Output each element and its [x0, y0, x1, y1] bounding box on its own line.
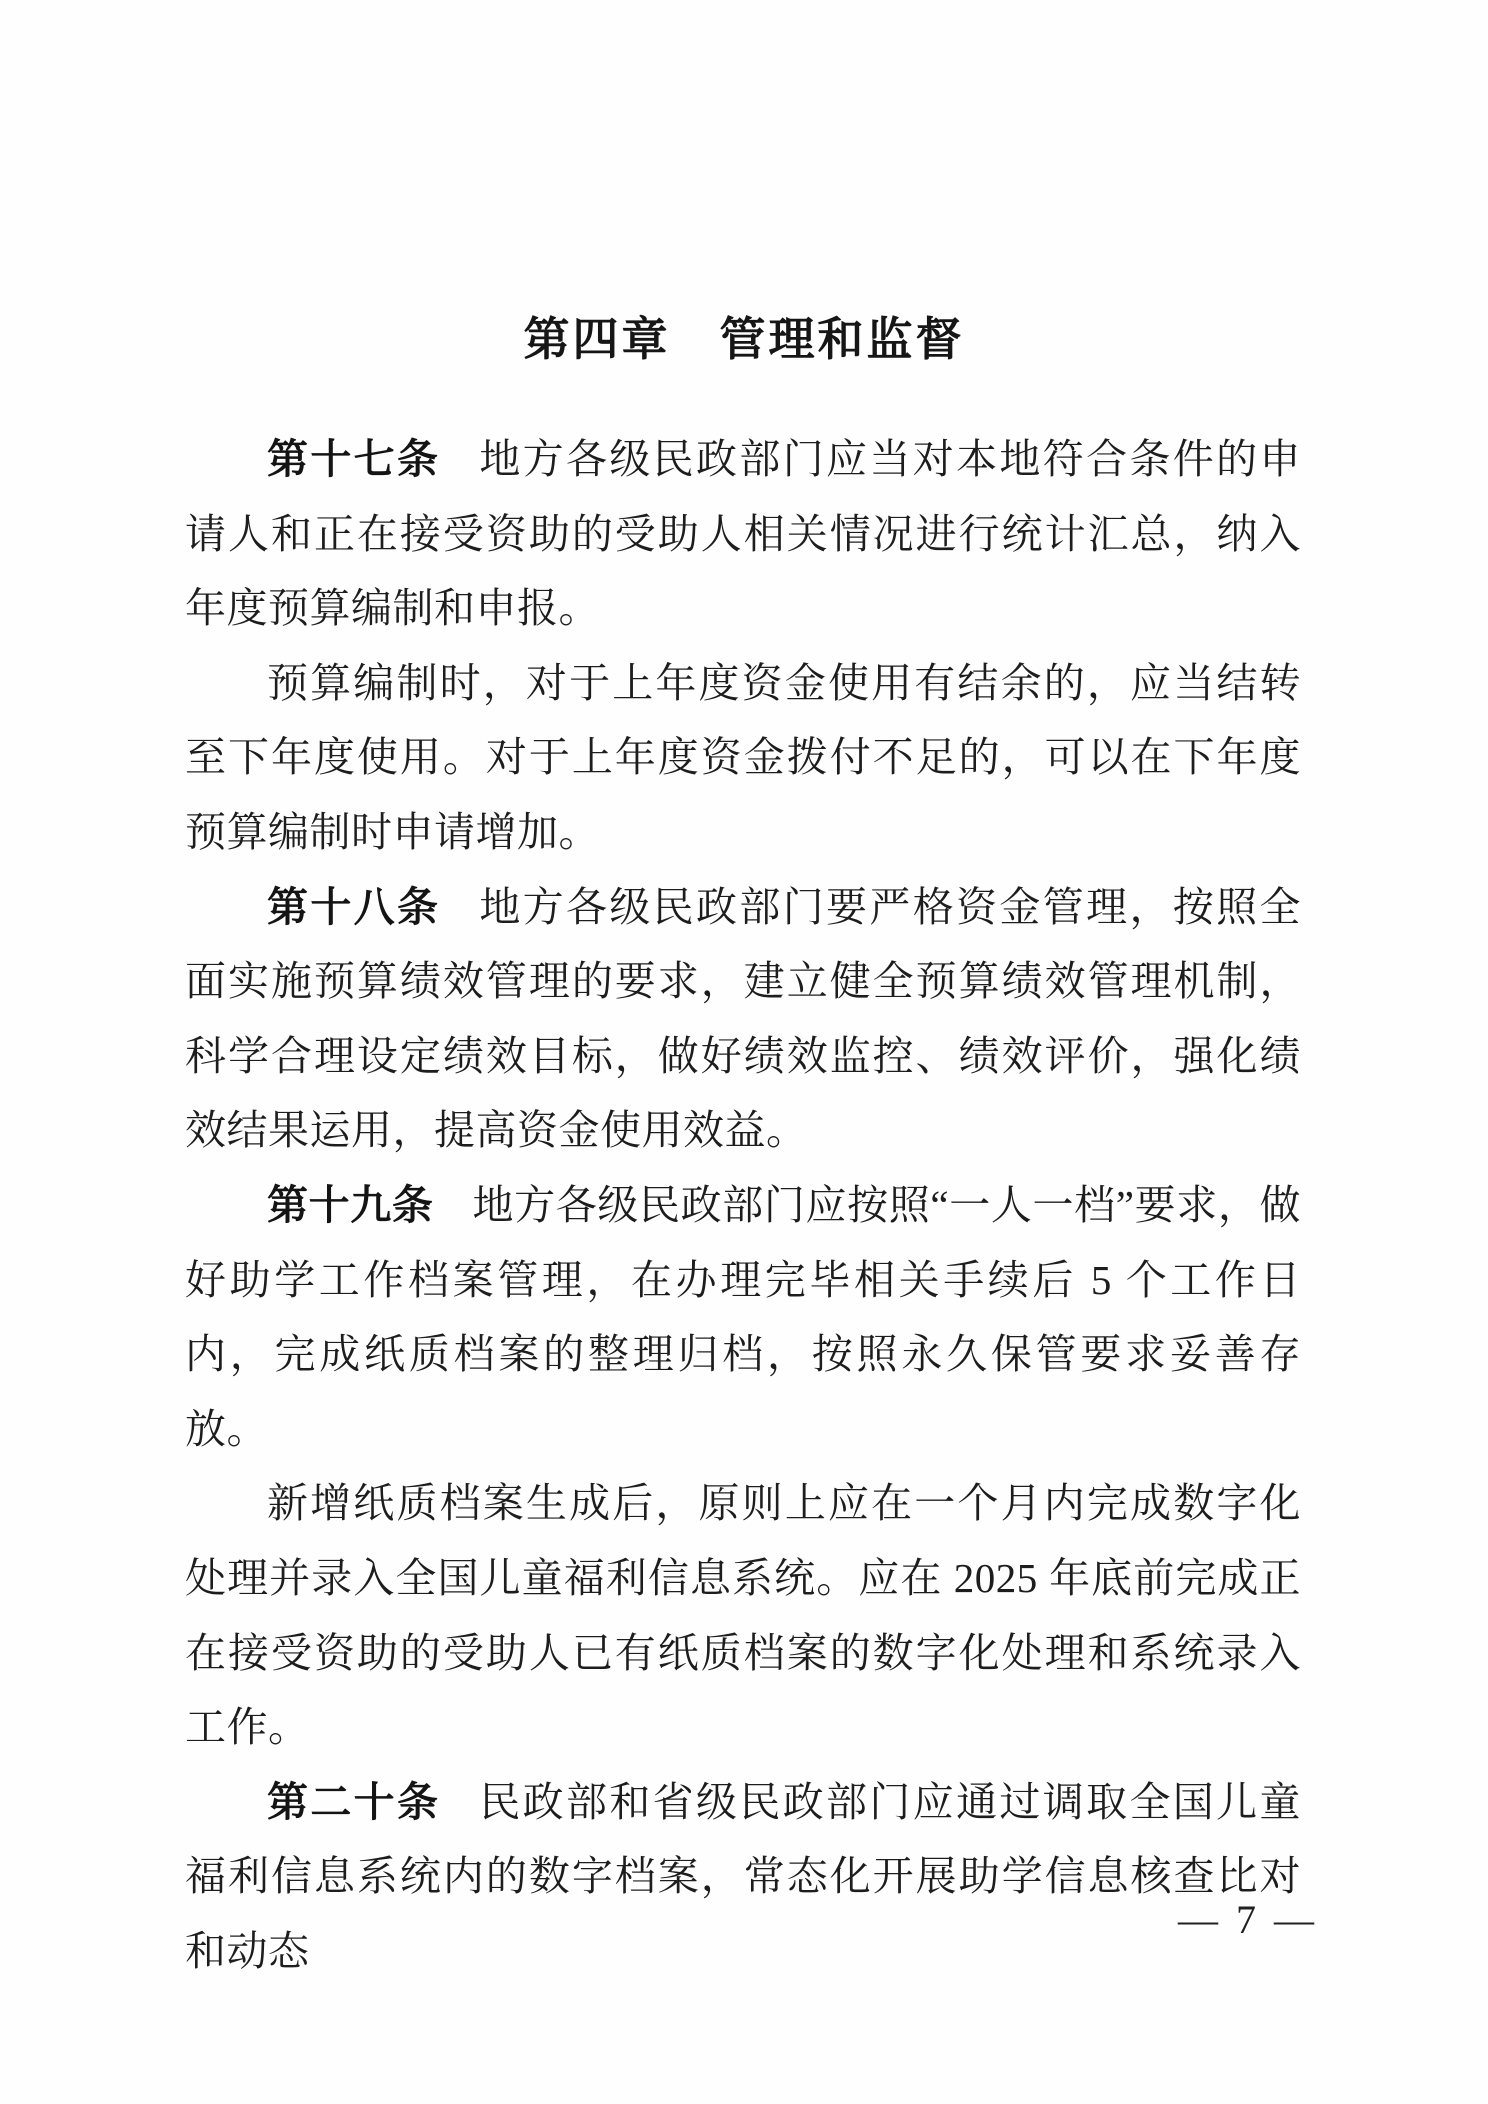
paragraph-article-20: 第二十条民政部和省级民政部门应通过调取全国儿童福利信息系统内的数字档案，常态化开… — [185, 1765, 1301, 1989]
paragraph-article-18: 第十八条地方各级民政部门要严格资金管理，按照全面实施预算绩效管理的要求，建立健全… — [185, 870, 1301, 1168]
paragraph-article-19: 第十九条地方各级民政部门应按照“一人一档”要求，做好助学工作档案管理，在办理完毕… — [185, 1168, 1301, 1466]
chapter-title: 第四章 管理和监督 — [0, 313, 1488, 365]
paragraph-article-19-continued: 新增纸质档案生成后，原则上应在一个月内完成数字化处理并录入全国儿童福利信息系统。… — [185, 1466, 1301, 1764]
article-number-20: 第二十条 — [267, 1779, 440, 1825]
paragraph-text: 预算编制时，对于上年度资金使用有结余的，应当结转至下年度使用。对于上年度资金拨付… — [185, 660, 1301, 855]
article-number-18: 第十八条 — [267, 884, 440, 930]
article-number-19: 第十九条 — [267, 1182, 434, 1228]
paragraph-article-17: 第十七条地方各级民政部门应当对本地符合条件的申请人和正在接受资助的受助人相关情况… — [185, 422, 1301, 646]
page-number: — 7 — — [1178, 1896, 1318, 1943]
document-body: 第十七条地方各级民政部门应当对本地符合条件的申请人和正在接受资助的受助人相关情况… — [185, 422, 1301, 1988]
paragraph-article-17-continued: 预算编制时，对于上年度资金使用有结余的，应当结转至下年度使用。对于上年度资金拨付… — [185, 646, 1301, 870]
document-page: 第四章 管理和监督 第十七条地方各级民政部门应当对本地符合条件的申请人和正在接受… — [0, 0, 1488, 2104]
paragraph-text: 新增纸质档案生成后，原则上应在一个月内完成数字化处理并录入全国儿童福利信息系统。… — [185, 1480, 1301, 1750]
article-number-17: 第十七条 — [267, 436, 440, 482]
